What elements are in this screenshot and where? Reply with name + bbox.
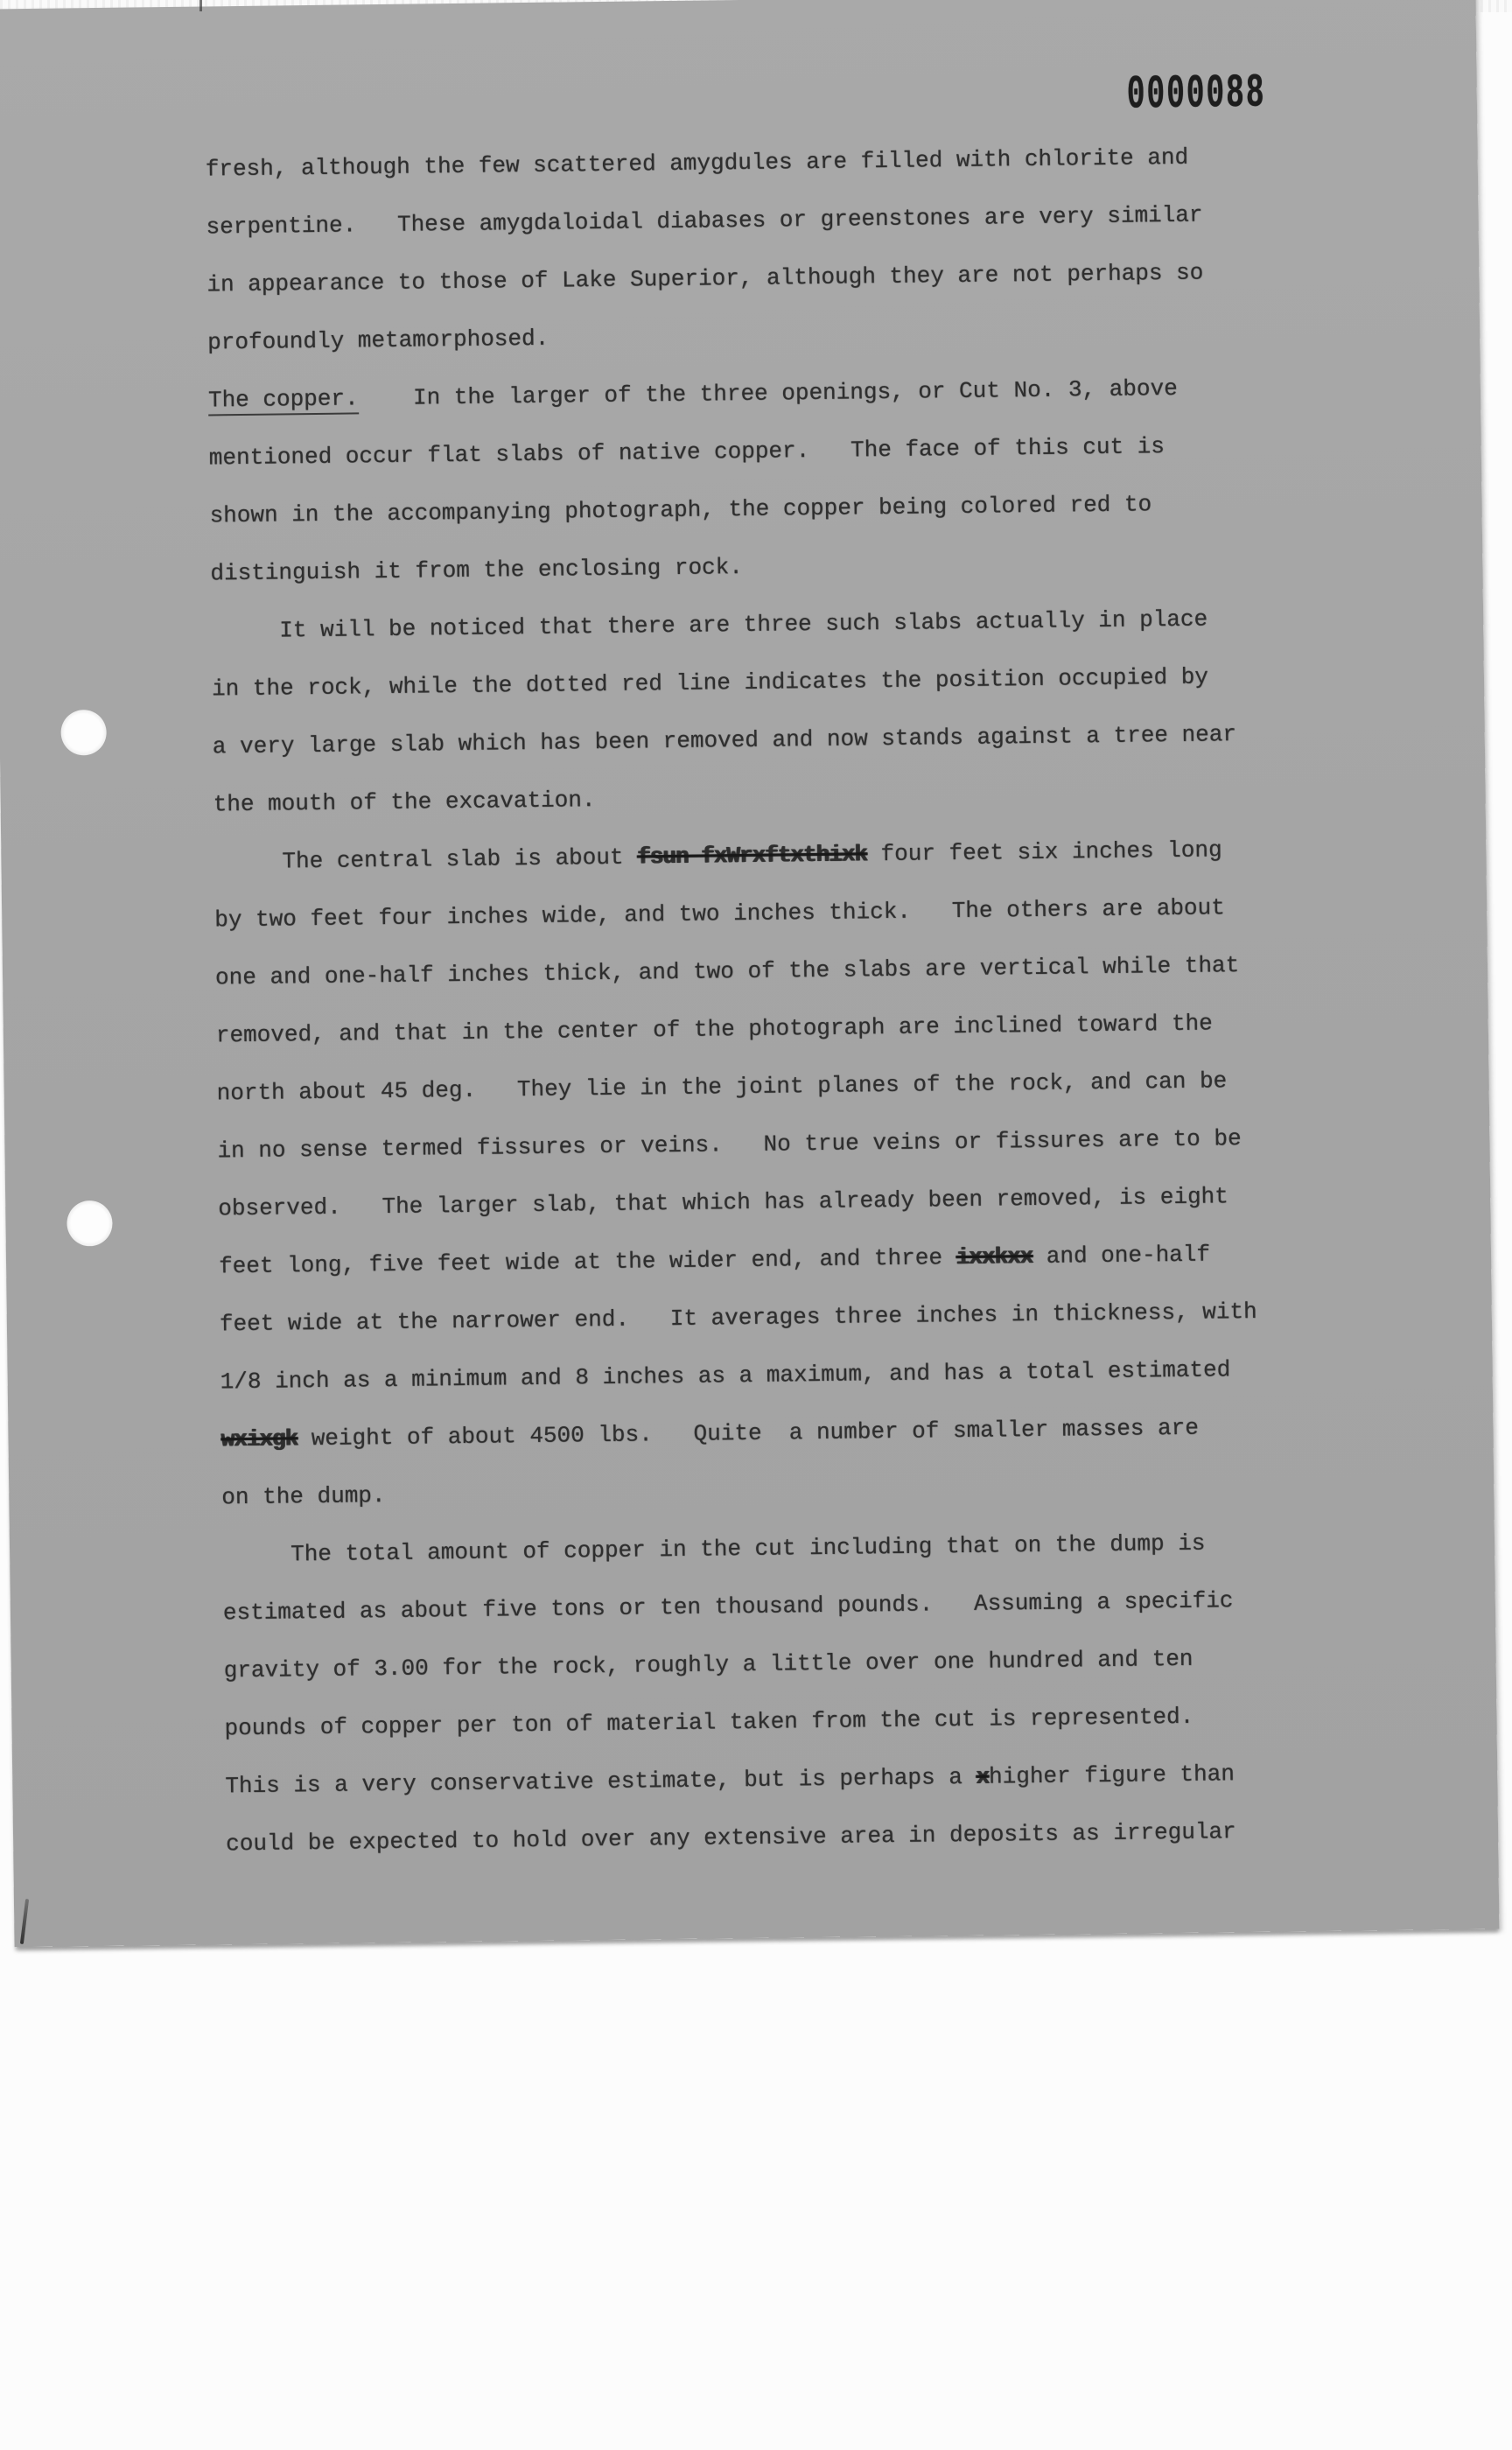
text-segment: in the rock, while the dotted red line i… (212, 664, 1208, 703)
text-segment: gravity of 3.00 for the rock, roughly a … (224, 1646, 1193, 1684)
text-segment: In the larger of the three openings, or … (358, 375, 1177, 411)
text-segment: fresh, although the few scattered amygdu… (206, 144, 1189, 183)
text-line: could be expected to hold over any exten… (226, 1802, 1264, 1872)
text-segment-strike: wxixgk (220, 1425, 297, 1452)
text-segment-underline: The copper. (208, 385, 359, 416)
text-segment: serpentine. These amygdaloidal diabases … (206, 202, 1202, 241)
text-segment: and one-half (1032, 1242, 1210, 1270)
text-segment: weight of about 4500 lbs. Quite a number… (297, 1415, 1199, 1452)
text-segment: It will be noticed that there are three … (211, 606, 1207, 645)
text-segment: pounds of copper per ton of material tak… (224, 1704, 1193, 1742)
text-segment: could be expected to hold over any exten… (226, 1818, 1236, 1857)
punch-hole-bottom (66, 1200, 113, 1247)
text-segment: The total amount of copper in the cut in… (222, 1530, 1206, 1569)
text-segment-strike: ixxkxx (955, 1243, 1032, 1270)
text-segment: feet wide at the narrower end. It averag… (220, 1298, 1257, 1337)
text-segment: in no sense termed fissures or veins. No… (217, 1125, 1241, 1164)
text-segment: in appearance to those of Lake Superior,… (206, 260, 1203, 298)
text-segment-strike: fsun fxWrxftxthixk (637, 841, 867, 870)
text-segment: The central slab is about (213, 843, 637, 875)
text-segment: one and one-half inches thick, and two o… (215, 952, 1239, 990)
text-segment: estimated as about five tons or ten thou… (223, 1587, 1234, 1626)
text-segment: shown in the accompanying photograph, th… (209, 491, 1151, 528)
text-segment: observed. The larger slab, that which ha… (218, 1183, 1228, 1221)
paper-sheet: 0000088 fresh, although the few scattere… (0, 0, 1499, 1947)
text-segment: the mouth of the excavation. (213, 787, 595, 817)
text-segment: feet long, five feet wide at the wider e… (219, 1244, 956, 1279)
text-segment: a very large slab which has been removed… (213, 721, 1236, 759)
top-edge-tick-mark (199, 0, 202, 11)
text-segment: removed, and that in the center of the p… (216, 1010, 1213, 1048)
text-segment: north about 45 deg. They lie in the join… (217, 1067, 1228, 1106)
text-segment: This is a very conservative estimate, bu… (225, 1764, 976, 1799)
text-segment: by two feet four inches wide, and two in… (214, 894, 1225, 933)
scanned-document-page: { "page": { "stamp": "0000088", "paper_c… (0, 0, 1512, 2450)
text-segment: profoundly metamorphosed. (207, 325, 549, 356)
typewritten-text: fresh, although the few scattered amygdu… (205, 128, 1263, 1872)
text-segment: mentioned occur flat slabs of native cop… (209, 433, 1165, 471)
text-segment: distinguish it from the enclosing rock. (210, 554, 743, 586)
text-segment: higher figure than (989, 1760, 1235, 1789)
text-segment: 1/8 inch as a minimum and 8 inches as a … (220, 1356, 1231, 1395)
text-segment: on the dump. (221, 1482, 386, 1510)
page-number-stamp: 0000088 (1126, 67, 1265, 122)
text-segment: four feet six inches long (867, 836, 1222, 867)
text-segment-strike: x (976, 1764, 989, 1790)
punch-hole-top (60, 710, 107, 756)
